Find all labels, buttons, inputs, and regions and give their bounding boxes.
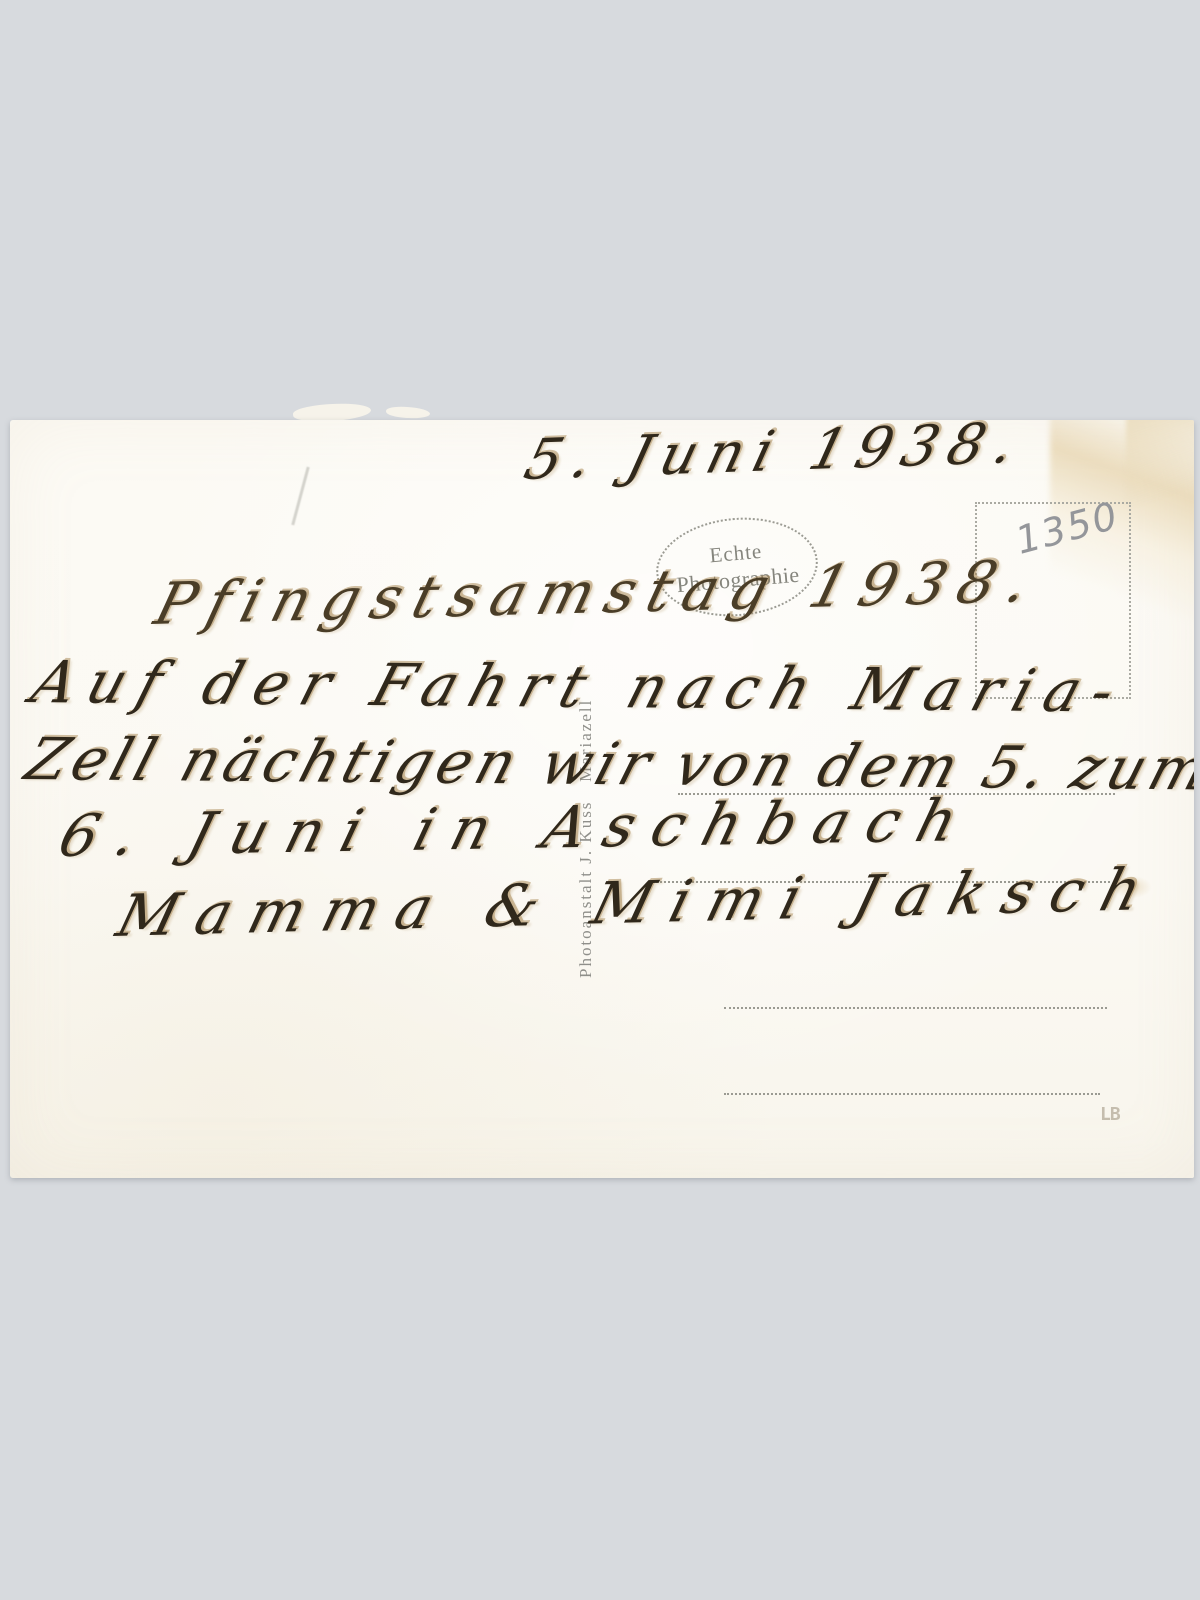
message-line-4: 6. Juni in Aschbach	[52, 786, 983, 870]
paper-scratch-decoration	[291, 467, 309, 526]
signature-line: Mamma & Mimi Jaksch	[110, 855, 1167, 950]
handwritten-date: 5. Juni 1938.	[518, 420, 1031, 493]
message-line-2: Auf der Fahrt nach Maria-	[24, 648, 1135, 726]
message-line-3: Zell nächtigen wir von dem 5. zum	[18, 725, 1194, 803]
printer-monogram-mark: LB	[1100, 1104, 1120, 1125]
address-dotted-line-3	[724, 1007, 1107, 1009]
paper-corner-tear-decoration	[1126, 420, 1194, 510]
message-line-1: Pfingstsamstag 1938.	[148, 547, 1047, 638]
torn-paper-speck	[386, 406, 431, 419]
scan-background: 5. Juni 1938. Echte Photographie 1350 Pf…	[0, 0, 1200, 1600]
address-dotted-line-4	[724, 1093, 1100, 1095]
postcard-back: 5. Juni 1938. Echte Photographie 1350 Pf…	[10, 420, 1194, 1178]
